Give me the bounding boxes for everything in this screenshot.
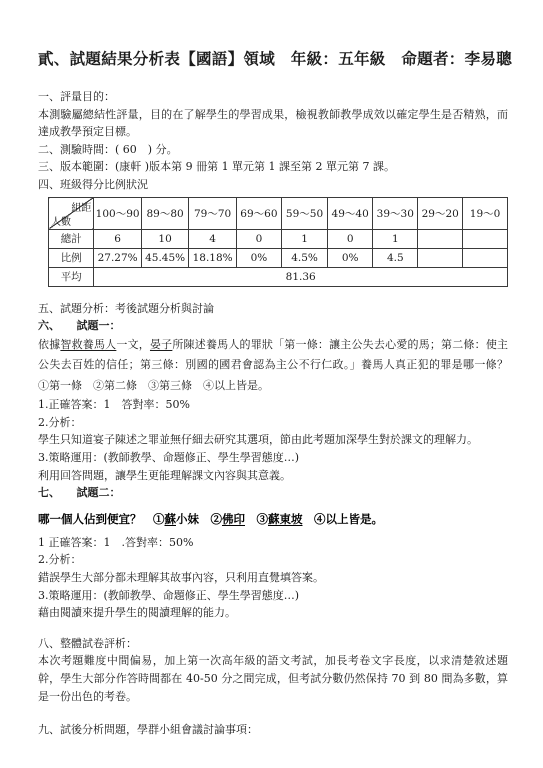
q1-analysis-body: 學生只知道宴子陳述之罪並無仔細去研究其選項，節由此考題加深學生對於課文的理解力。	[38, 431, 508, 449]
q2-answer-line: 1 正確答案：1 .答對率：50%	[38, 534, 508, 552]
section-4-heading: 四、班級得分比例狀況	[38, 176, 508, 194]
section-5-line: 五、試題分析：考後試題分析與討論	[38, 300, 508, 318]
ratio-cell	[463, 248, 508, 267]
col-header: 79～70	[189, 197, 236, 229]
section-9-heading: 九、試後分析問題，學群小組會議討論事項：	[38, 721, 508, 739]
table-header-row: 組距 人數 100～90 89～80 79～70 69～60 59～50 49～…	[49, 197, 508, 229]
q2-strategy-heading: 3.策略運用：(教師教學、命題修正、學生學習態度…)	[38, 587, 508, 605]
section-8-heading: 八、整體試卷評析：	[38, 635, 508, 653]
question-1-text: 依據智救養馬人一文，晏子所陳述養馬人的罪狀「第一條：讓主公失去心愛的馬；第二條：…	[38, 335, 508, 397]
total-cell: 4	[189, 229, 236, 248]
ratio-cell: 45.45%	[141, 248, 188, 267]
row-label-total: 總計	[49, 229, 94, 248]
col-header: 29～20	[418, 197, 463, 229]
ratio-cell: 0%	[328, 248, 373, 267]
col-header: 49～40	[328, 197, 373, 229]
table-row-total: 總計 6 10 4 0 1 0 1	[49, 229, 508, 248]
score-distribution-table: 組距 人數 100～90 89～80 79～70 69～60 59～50 49～…	[48, 197, 508, 287]
ratio-cell	[418, 248, 463, 267]
total-cell: 0	[328, 229, 373, 248]
q1-strategy-body: 利用回答問題，讓學生更能理解課文內容與其意義。	[38, 467, 508, 485]
total-cell: 1	[373, 229, 418, 248]
q2-strategy-body: 藉由閱讀來提升學生的閱讀理解的能力。	[38, 604, 508, 622]
total-cell: 0	[236, 229, 281, 248]
q1-strategy-heading: 3.策略運用：(教師教學、命題修正、學生學習態度…)	[38, 449, 508, 467]
ratio-cell: 0%	[236, 248, 281, 267]
section-7-heading: 七、 試題二：	[38, 484, 508, 502]
col-header: 89～80	[141, 197, 188, 229]
corner-label-range: 組距	[71, 199, 91, 214]
q1-answer-line: 1.正確答案：1 答對率：50%	[38, 396, 508, 414]
ratio-cell: 18.18%	[189, 248, 236, 267]
total-cell	[463, 229, 508, 248]
q1-analysis-heading: 2.分析：	[38, 414, 508, 432]
total-cell	[418, 229, 463, 248]
table-corner-cell: 組距 人數	[49, 197, 94, 229]
row-label-average: 平均	[49, 267, 94, 286]
q2-underlined-name-2: 佛印	[222, 512, 245, 526]
average-value-cell: 81.36	[94, 267, 508, 286]
col-header: 39～30	[373, 197, 418, 229]
total-cell: 6	[94, 229, 141, 248]
section-1-heading: 一、評量目的：	[38, 88, 508, 106]
q1-seg: 依據	[38, 338, 60, 351]
q2-analysis-heading: 2.分析：	[38, 551, 508, 569]
section-2-line: 二、測驗時間：( 60 ) 分。	[38, 141, 508, 159]
ratio-cell: 4.5	[373, 248, 418, 267]
table-row-average: 平均 81.36	[49, 267, 508, 286]
q2-underlined-name-1: 蘇	[165, 512, 177, 526]
q2-seg: ④以上皆是。	[303, 512, 384, 526]
col-header: 19～0	[463, 197, 508, 229]
q2-underlined-name-3: 蘇東坡	[268, 512, 303, 526]
row-label-ratio: 比例	[49, 248, 94, 267]
question-2-text: 哪一個人佔到便宜？ ①蘇小妹 ②佛印 ③蘇東坡 ④以上皆是。	[38, 510, 508, 528]
table-row-ratio: 比例 27.27% 45.45% 18.18% 0% 4.5% 0% 4.5	[49, 248, 508, 267]
col-header: 69～60	[236, 197, 281, 229]
q1-underlined-title: 智救養馬人	[60, 338, 116, 351]
q2-seg: ③	[245, 512, 268, 526]
q1-seg: 一文，	[116, 338, 150, 351]
q2-analysis-body: 錯誤學生大部分都未理解其故事內容，只利用直覺填答案。	[38, 569, 508, 587]
total-cell: 10	[141, 229, 188, 248]
ratio-cell: 4.5%	[281, 248, 327, 267]
section-3-line: 三、版本範圍：(康軒 )版本第 9 冊第 1 單元第 1 課至第 2 單元第 7…	[38, 158, 508, 176]
doc-title: 貳、試題結果分析表【國語】領域 年級：五年級 命題者：李易聰	[38, 46, 508, 72]
section-6-heading: 六、 試題一：	[38, 317, 508, 335]
col-header: 100～90	[94, 197, 141, 229]
section-1-body: 本測驗屬總結性評量，目的在了解學生的學習成果，檢視教師教學成效以確定學生是否精熟…	[38, 106, 508, 141]
q2-seg: 小妹 ②	[176, 512, 222, 526]
ratio-cell: 27.27%	[94, 248, 141, 267]
corner-label-count: 人數	[51, 213, 71, 228]
document-page: 貳、試題結果分析表【國語】領域 年級：五年級 命題者：李易聰 一、評量目的： 本…	[0, 0, 543, 768]
section-8-body: 本次考題難度中間偏易，加上第一次高年級的語文考試，加長考卷文字長度，以求清楚敘述…	[38, 652, 508, 705]
total-cell: 1	[281, 229, 327, 248]
q1-underlined-name: 晏子	[150, 338, 172, 351]
col-header: 59～50	[281, 197, 327, 229]
q2-seg: 哪一個人佔到便宜？ ①	[38, 512, 165, 526]
